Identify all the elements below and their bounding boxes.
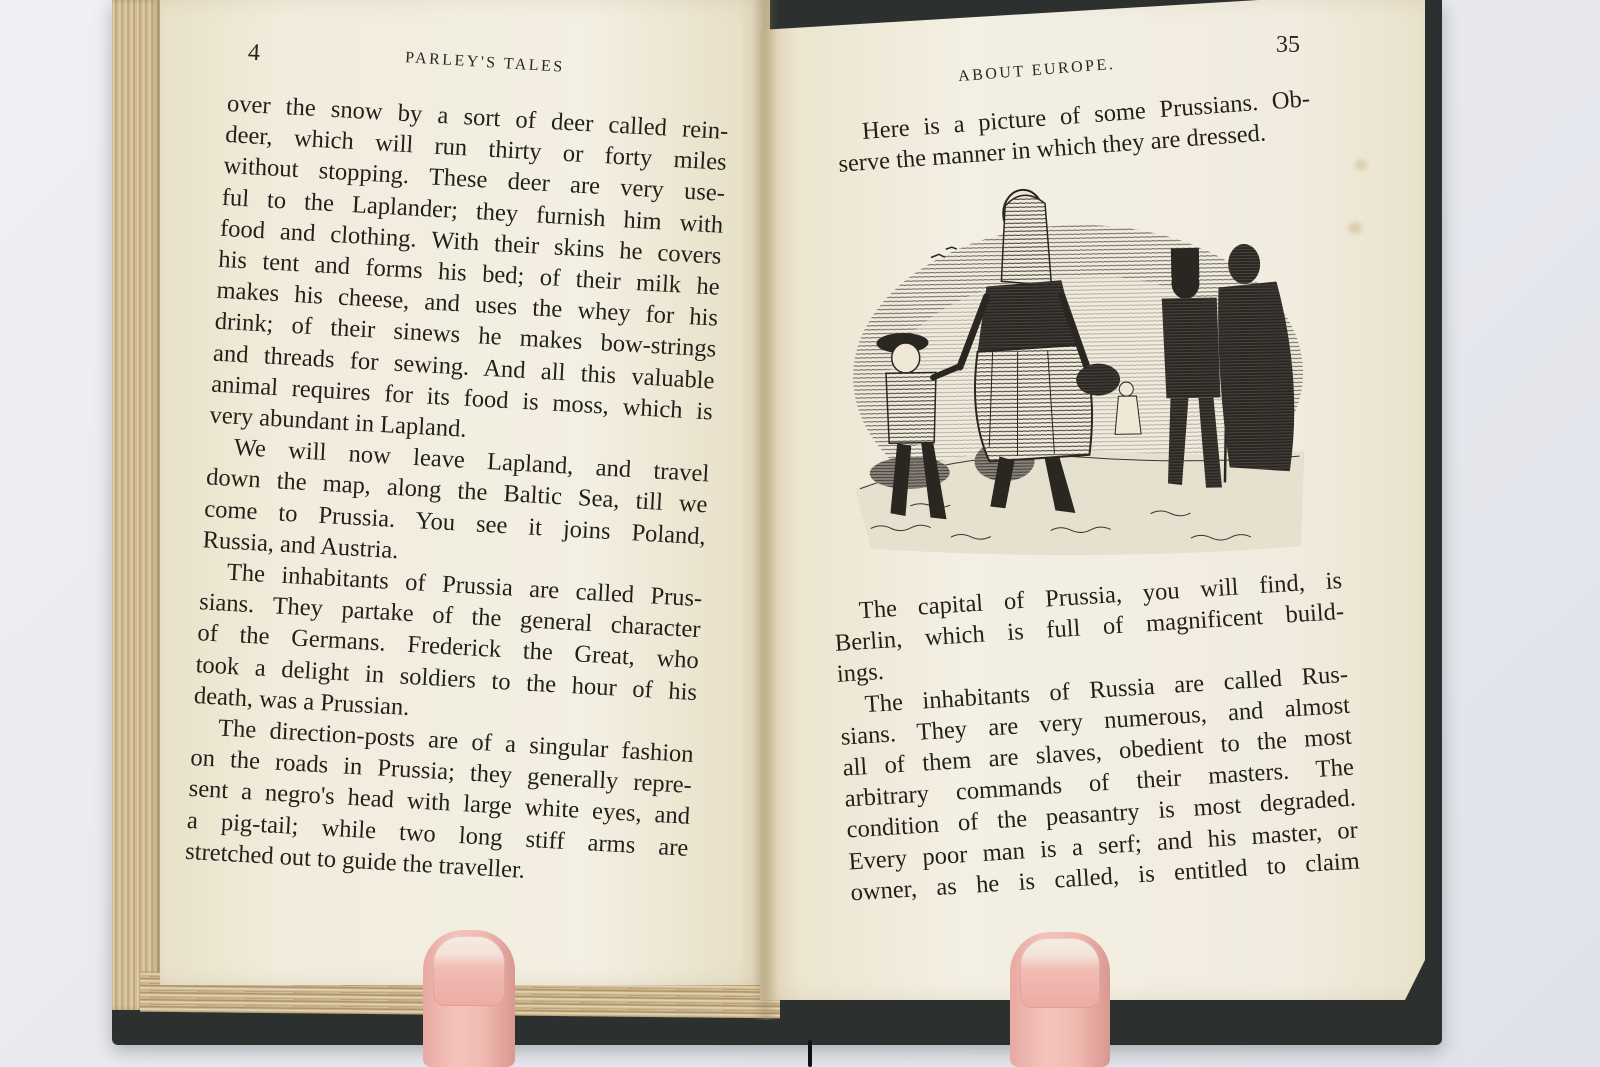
fingernail xyxy=(433,936,505,1006)
page-edges-left xyxy=(112,0,160,1010)
foxing-stain xyxy=(1355,160,1367,170)
woodcut-illustration-icon xyxy=(845,181,1306,564)
left-thumb xyxy=(423,930,515,1067)
right-page-body: The capital of Prussia, you will find, i… xyxy=(832,565,1361,908)
fingernail xyxy=(1020,938,1100,1008)
right-thumb xyxy=(1010,932,1110,1067)
foxing-stain xyxy=(1348,222,1362,234)
book-gutter xyxy=(752,0,778,1020)
bookmark-ribbon xyxy=(808,1040,812,1067)
page-number-right: 35 xyxy=(1276,32,1300,59)
left-page-body: over the snow by a sort of deer called r… xyxy=(184,88,729,895)
page-number-left: 4 xyxy=(247,40,260,68)
